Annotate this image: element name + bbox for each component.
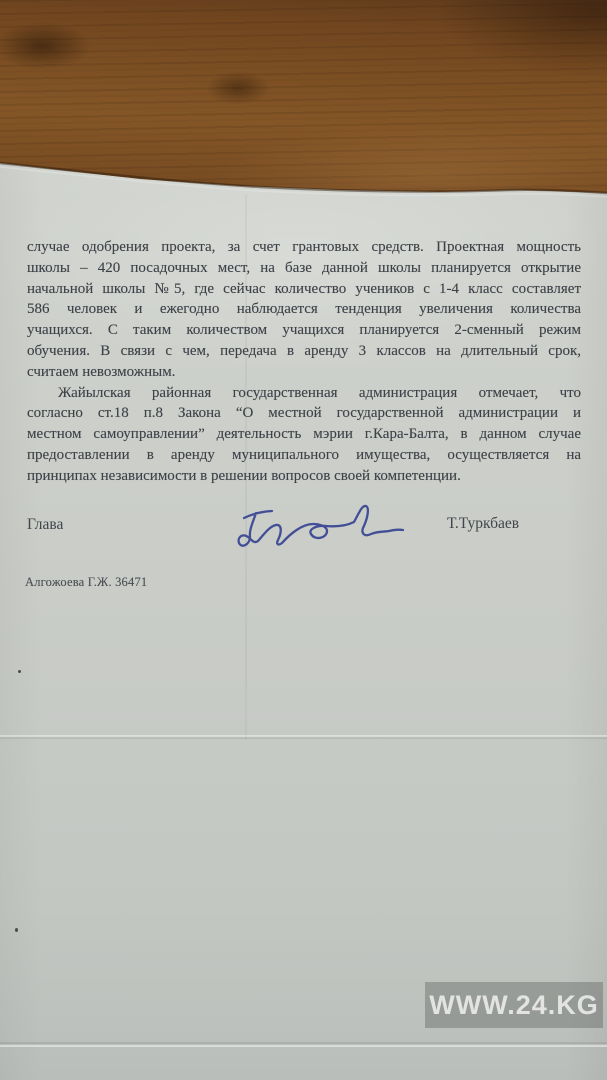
signer-title: Глава [27, 516, 63, 534]
body-line: считаем невозможным. [27, 362, 581, 383]
paper-speck [18, 670, 21, 673]
watermark-badge: WWW.24.KG [425, 982, 603, 1028]
paper-fold-crease-upper [0, 735, 607, 739]
paper-fold-crease-lower [0, 1042, 607, 1047]
body-line: начальной школы №5, где сейчас количеств… [27, 279, 581, 300]
paper-speck [15, 928, 18, 932]
body-line: случае одобрения проекта, за счет гранто… [27, 237, 581, 258]
body-line: согласно ст.18 п.8 Закона “О местной гос… [27, 403, 581, 424]
body-line: предоставлении в аренду муниципального и… [27, 445, 581, 466]
watermark-text: WWW.24.KG [429, 990, 599, 1021]
body-line: местном самоуправлении” деятельность мэр… [27, 424, 581, 445]
handwritten-signature-ink [226, 496, 411, 568]
photo-scene: случае одобрения проекта, за счет гранто… [0, 0, 607, 1080]
executor-reference: Алгожоева Г.Ж. 36471 [25, 575, 147, 590]
body-line: Жайылская районная государственная админ… [27, 383, 581, 404]
body-line: обучения. В связи с чем, передача в арен… [27, 341, 581, 362]
body-line: принципах независимости в решении вопрос… [27, 466, 581, 487]
body-line: учащихся. С таким количеством учащихся п… [27, 320, 581, 341]
letter-body: случае одобрения проекта, за счет гранто… [27, 237, 581, 487]
signer-name: Т.Туркбаев [447, 515, 519, 533]
body-line: 586 человек и ежегодно наблюдается тенде… [27, 299, 581, 320]
body-line: школы – 420 посадочных мест, на базе дан… [27, 258, 581, 279]
